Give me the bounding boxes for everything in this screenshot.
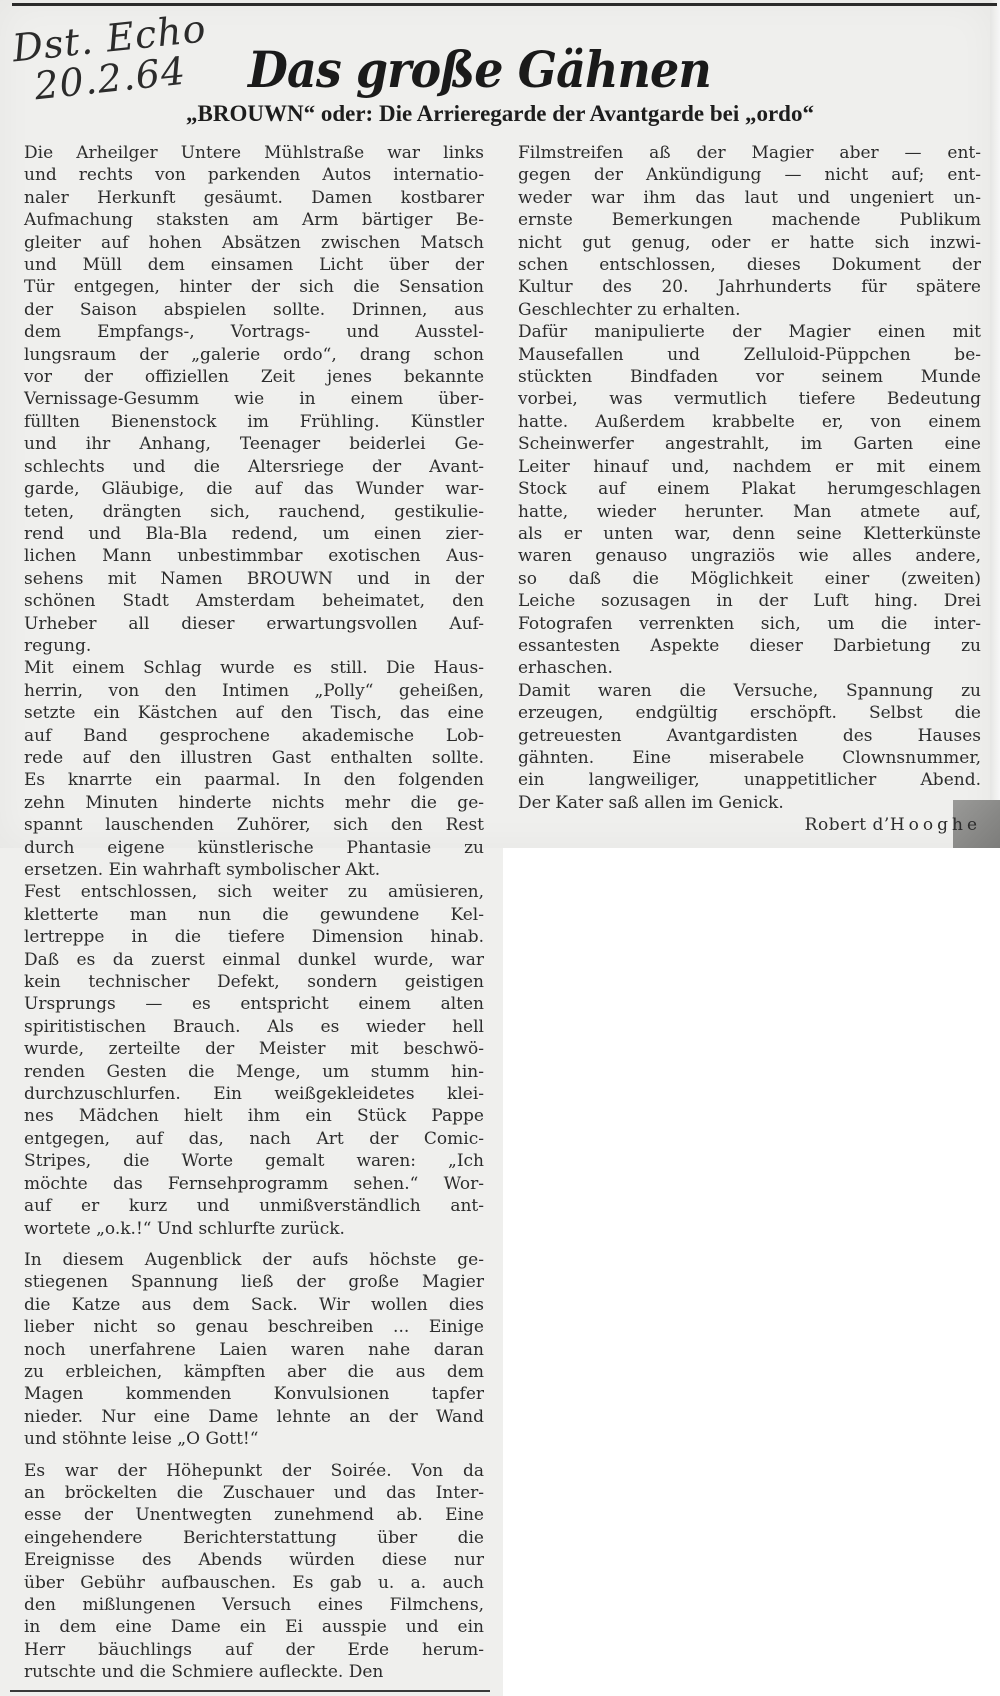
article-paragraph: Damit waren die Versuche, Spannung zuerz… (518, 680, 981, 814)
text-line: als er unten war, denn seine Kletterküns… (518, 523, 981, 545)
text-line: entgegen, auf das, nach Art der Comic- (24, 1128, 484, 1150)
text-line: durchzuschlurfen. Ein weißgekleidetes kl… (24, 1083, 484, 1105)
text-line: weder war ihm das laut und ungeniert un- (518, 187, 981, 209)
text-line: Die Arheilger Untere Mühlstraße war link… (24, 142, 484, 164)
text-line: gegen der Ankündigung — nicht auf; ent- (518, 164, 981, 186)
text-line: möchte das Fernsehprogramm sehen.“ Wor- (24, 1173, 484, 1195)
text-line: schönen Stadt Amsterdam beheimatet, den (24, 590, 484, 612)
text-line: Urheber all dieser erwartungsvollen Auf- (24, 613, 484, 635)
text-line: zehn Minuten hinderte nichts mehr die ge… (24, 792, 484, 814)
article-paragraph: In diesem Augenblick der aufs höchste ge… (24, 1249, 484, 1451)
text-line: ersetzen. Ein wahrhaft symbolischer Akt. (24, 859, 484, 881)
text-line: und Müll dem einsamen Licht über der (24, 254, 484, 276)
text-line: an bröckelten die Zuschauer und das Inte… (24, 1482, 484, 1504)
text-line: Magen kommenden Konvulsionen tapfer (24, 1383, 484, 1405)
text-line: spiritistischen Brauch. Als es wieder he… (24, 1016, 484, 1038)
author-byline: Robert d’Hooghe (518, 814, 981, 836)
text-line: hatte, wieder herunter. Man atmete auf, (518, 501, 981, 523)
text-line: Scheinwerfer angestrahlt, im Garten eine (518, 433, 981, 455)
text-line: gähnten. Eine miserabele Clownsnummer, (518, 747, 981, 769)
text-line: und ihr Anhang, Teenager beiderlei Ge- (24, 433, 484, 455)
text-line: zu erbleichen, kämpften aber die aus dem (24, 1361, 484, 1383)
text-line: garde, Gläubige, die auf das Wunder war- (24, 478, 484, 500)
text-line: Mausefallen und Zelluloid-Püppchen be- (518, 344, 981, 366)
text-line: essantesten Aspekte dieser Darbietung zu (518, 635, 981, 657)
text-line: Stripes, die Worte gemalt waren: „Ich (24, 1150, 484, 1172)
text-line: Filmstreifen aß der Magier aber — ent- (518, 142, 981, 164)
text-line: nieder. Nur eine Dame lehnte an der Wand (24, 1406, 484, 1428)
text-line: wurde, zerteilte der Meister mit beschwö… (24, 1038, 484, 1060)
text-line: herrin, von den Intimen „Polly“ geheißen… (24, 680, 484, 702)
text-line: In diesem Augenblick der aufs höchste ge… (24, 1249, 484, 1271)
text-line: Herr bäuchlings auf der Erde herum- (24, 1639, 484, 1661)
text-line: lieber nicht so genau beschreiben ... Ei… (24, 1316, 484, 1338)
text-line: Dafür manipulierte der Magier einen mit (518, 321, 981, 343)
article-column-right: Filmstreifen aß der Magier aber — ent-ge… (518, 142, 981, 837)
text-line: Leiter hinauf und, nachdem er mit einem (518, 456, 981, 478)
text-line: esse der Unentwegten zunehmend ab. Eine (24, 1504, 484, 1526)
text-line: Es knarrte ein paarmal. In den folgenden (24, 769, 484, 791)
article-paragraph: Mit einem Schlag wurde es still. Die Hau… (24, 657, 484, 881)
author-first-name: Robert d’ (805, 815, 890, 835)
text-line: rend und Bla-Bla redend, um einen zier- (24, 523, 484, 545)
text-line: eingehendere Berichterstattung über die (24, 1527, 484, 1549)
text-line: Leiche sozusagen in der Luft hing. Drei (518, 590, 981, 612)
text-line: füllten Bienenstock im Frühling. Künstle… (24, 411, 484, 433)
text-line: rede auf den illustren Gast enthalten so… (24, 747, 484, 769)
text-line: über Gebühr aufbauschen. Es gab u. a. au… (24, 1572, 484, 1594)
top-rule (12, 3, 997, 6)
text-line: ein langweiliger, unappetitlicher Abend. (518, 769, 981, 791)
text-line: renden Gesten die Menge, um stumm hin- (24, 1061, 484, 1083)
article-paragraph: Die Arheilger Untere Mühlstraße war link… (24, 142, 484, 657)
text-line: nicht gut genug, oder er hatte sich inzw… (518, 232, 981, 254)
text-line: stiegenen Spannung ließ der große Magier (24, 1271, 484, 1293)
text-line: Tür entgegen, hinter der sich die Sensat… (24, 276, 484, 298)
text-line: erhaschen. (518, 657, 981, 679)
text-line: die Katze aus dem Sack. Wir wollen dies (24, 1294, 484, 1316)
text-line: lertreppe in die tiefere Dimension hinab… (24, 926, 484, 948)
text-line: vor der offiziellen Zeit jenes bekannte (24, 366, 484, 388)
article-paragraph: Filmstreifen aß der Magier aber — ent-ge… (518, 142, 981, 321)
text-line: Aufmachung staksten am Arm bärtiger Be- (24, 209, 484, 231)
text-line: lichen Mann unbestimmbar exotischen Aus- (24, 545, 484, 567)
text-line: Stock auf einem Plakat herumgeschlagen (518, 478, 981, 500)
text-line: naler Herkunft gesäumt. Damen kostbarer (24, 187, 484, 209)
text-line: Ereignisse des Abends würden diese nur (24, 1549, 484, 1571)
text-line: vorbei, was vermutlich tiefere Bedeutung (518, 388, 981, 410)
text-line: Fest entschlossen, sich weiter zu amüsie… (24, 881, 484, 903)
text-line: auf er kurz und unmißverständlich ant- (24, 1195, 484, 1217)
article-subheadline: „BROUWN“ oder: Die Arrieregarde der Avan… (100, 101, 900, 127)
text-line: Geschlechter zu erhalten. (518, 299, 981, 321)
text-line: lungsraum der „galerie ordo“, drang scho… (24, 344, 484, 366)
text-line: sehens mit Namen BROUWN und in der (24, 568, 484, 590)
text-line: schlechts und die Altersriege der Avant- (24, 456, 484, 478)
text-line: spannt lauschenden Zuhörer, sich den Res… (24, 814, 484, 836)
text-line: erzeugen, endgültig erschöpft. Selbst di… (518, 702, 981, 724)
text-line: noch unerfahrene Laien waren nahe daran (24, 1339, 484, 1361)
text-line: gleiter auf hohen Absätzen zwischen Mats… (24, 232, 484, 254)
text-line: regung. (24, 635, 484, 657)
text-line: Mit einem Schlag wurde es still. Die Hau… (24, 657, 484, 679)
article-paragraph: Es war der Höhepunkt der Soirée. Von daa… (24, 1460, 484, 1684)
text-line: Ursprungs — es entspricht einem alten (24, 993, 484, 1015)
text-line: kletterte man nun die gewundene Kel- (24, 904, 484, 926)
text-line: der Saison abspielen sollte. Drinnen, au… (24, 299, 484, 321)
text-line: nes Mädchen hielt ihm ein Stück Pappe (24, 1105, 484, 1127)
article-paragraph: Fest entschlossen, sich weiter zu amüsie… (24, 881, 484, 1240)
text-line: Fotografen verrenkten sich, um die inter… (518, 613, 981, 635)
article-column-left: Die Arheilger Untere Mühlstraße war link… (24, 142, 484, 1684)
text-line: Es war der Höhepunkt der Soirée. Von da (24, 1460, 484, 1482)
text-line: so daß die Möglichkeit einer (zweiten) (518, 568, 981, 590)
text-line: kein technischer Defekt, sondern geistig… (24, 971, 484, 993)
text-line: Der Kater saß allen im Genick. (518, 792, 981, 814)
text-line: setzte ein Kästchen auf den Tisch, das e… (24, 702, 484, 724)
article-headline: Das große Gähnen (248, 40, 711, 99)
article-paragraph: Dafür manipulierte der Magier einen mitM… (518, 321, 981, 680)
text-line: hatte. Außerdem krabbelte er, von einem (518, 411, 981, 433)
text-line: den mißlungenen Versuch eines Filmchens, (24, 1594, 484, 1616)
author-last-name: Hooghe (890, 815, 981, 835)
text-line: und rechts von parkenden Autos internati… (24, 164, 484, 186)
text-line: teten, drängten sich, rauchend, gestikul… (24, 501, 484, 523)
text-line: getreuesten Avantgardisten des Hauses (518, 725, 981, 747)
text-line: Kultur des 20. Jahrhunderts für spätere (518, 276, 981, 298)
text-line: Damit waren die Versuche, Spannung zu (518, 680, 981, 702)
text-line: in dem eine Dame ein Ei ausspie und ein (24, 1616, 484, 1638)
text-line: auf Band gesprochene akademische Lob- (24, 725, 484, 747)
bottom-rule (10, 1690, 490, 1692)
text-line: dem Empfangs-, Vortrags- und Ausstel- (24, 321, 484, 343)
text-line: ernste Bemerkungen machende Publikum (518, 209, 981, 231)
text-line: Daß es da zuerst einmal dunkel wurde, wa… (24, 949, 484, 971)
text-line: waren genauso ungraziös wie alles andere… (518, 545, 981, 567)
text-line: stückten Bindfaden vor seinem Munde (518, 366, 981, 388)
clipping-shadow-edge (990, 0, 1000, 848)
text-line: Vernissage-Gesumm wie in einem über- (24, 388, 484, 410)
text-line: rutschte und die Schmiere aufleckte. Den (24, 1661, 484, 1683)
text-line: schen entschlossen, dieses Dokument der (518, 254, 981, 276)
text-line: durch eigene künstlerische Phantasie zu (24, 837, 484, 859)
text-line: und stöhnte leise „O Gott!“ (24, 1428, 484, 1450)
text-line: wortete „o.k.!“ Und schlurfte zurück. (24, 1218, 484, 1240)
